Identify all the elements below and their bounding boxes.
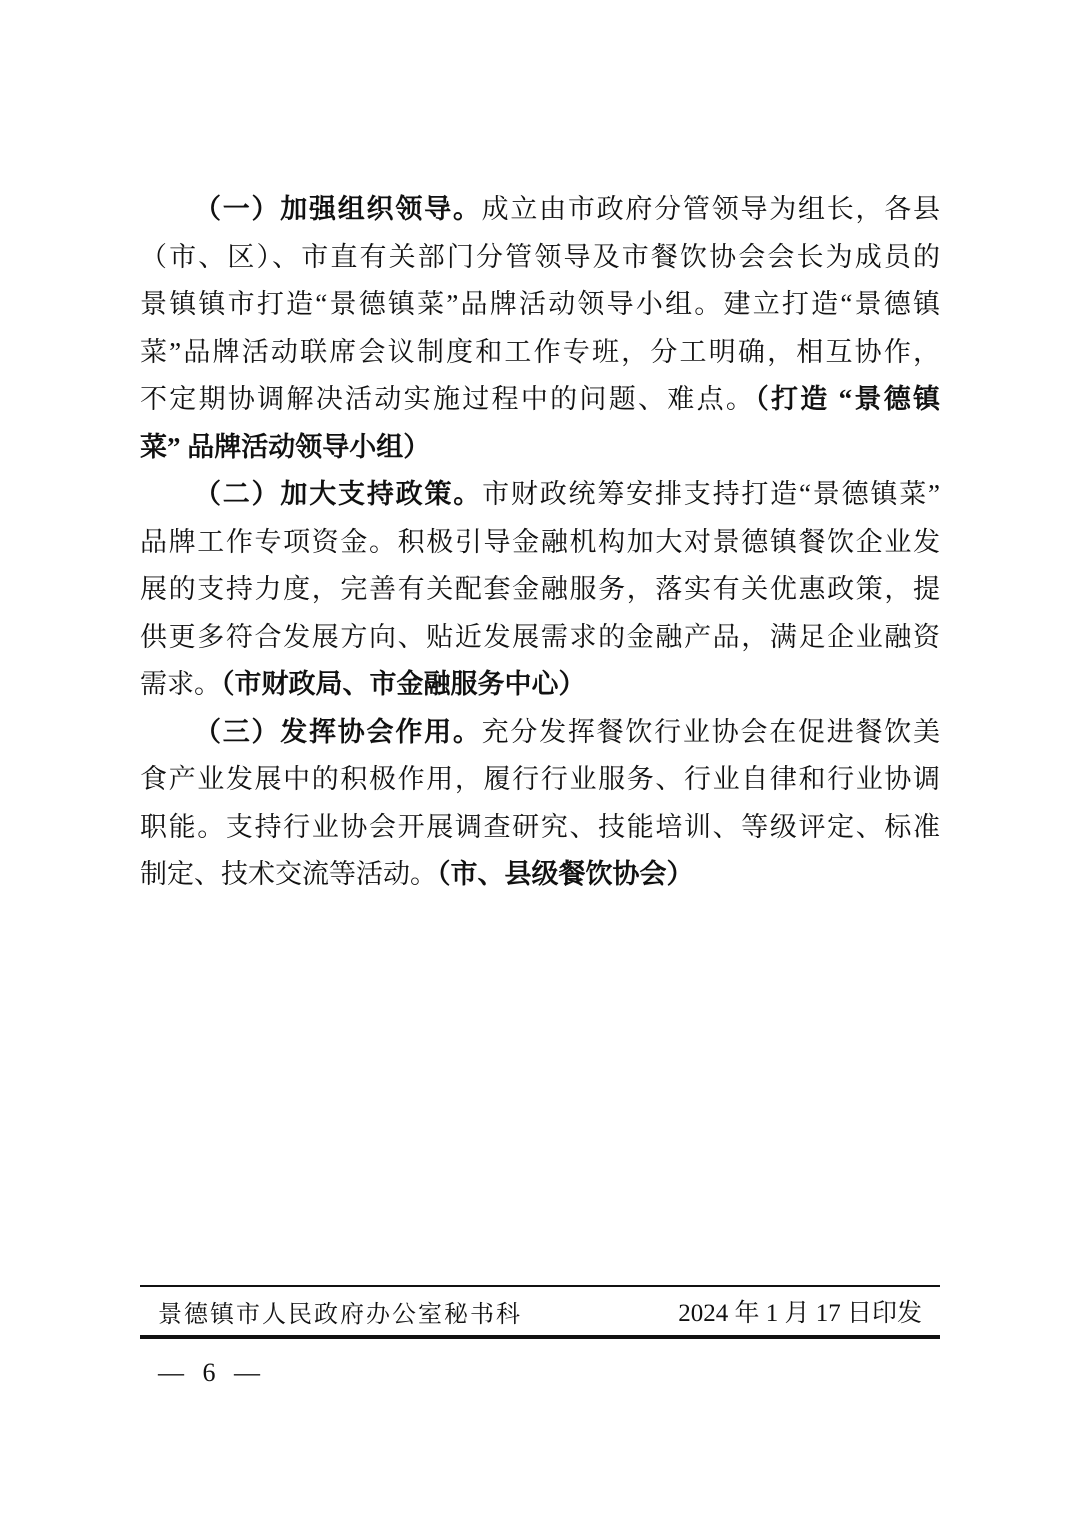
document-footer: 景德镇市人民政府办公室秘书科 2024 年 1 月 17 日印发	[140, 1285, 940, 1339]
body-text-segment: 充分发挥餐饮行业协会在促进餐饮美	[482, 717, 940, 747]
text-line: 食产业发展中的积极作用，履行行业服务、行业自律和行业协调	[140, 756, 940, 804]
footer-divider-bottom	[140, 1335, 940, 1339]
document-page: （一）加强组织领导。成立由市政府分管领导为组长，各县（市、区）、市直有关部门分管…	[0, 0, 1074, 1520]
body-text-segment: 需求。	[140, 669, 221, 699]
text-line: （一）加强组织领导。成立由市政府分管领导为组长，各县	[140, 186, 940, 234]
document-body: （一）加强组织领导。成立由市政府分管领导为组长，各县（市、区）、市直有关部门分管…	[140, 186, 940, 899]
text-line: 供更多符合发展方向、贴近发展需求的金融产品，满足企业融资	[140, 614, 940, 662]
emphasis-text: （一）加强组织领导。	[194, 194, 482, 224]
emphasis-text: （市、县级餐饮协会）	[437, 859, 694, 889]
paragraph: （三）发挥协会作用。充分发挥餐饮行业协会在促进餐饮美食产业发展中的积极作用，履行…	[140, 709, 940, 899]
emphasis-text: （二）加大支持政策。	[194, 479, 482, 509]
paragraph: （二）加大支持政策。市财政统筹安排支持打造“景德镇菜”品牌工作专项资金。积极引导…	[140, 471, 940, 709]
body-text-segment: 品牌工作专项资金。积极引导金融机构加大对景德镇餐饮企业发	[140, 527, 940, 557]
emphasis-text: （市财政局、市金融服务中心）	[221, 669, 586, 699]
text-line: （市、区）、市直有关部门分管领导及市餐饮协会会长为成员的	[140, 234, 940, 282]
emphasis-text: （三）发挥协会作用。	[194, 717, 482, 747]
paragraph: （一）加强组织领导。成立由市政府分管领导为组长，各县（市、区）、市直有关部门分管…	[140, 186, 940, 471]
body-text-segment: 供更多符合发展方向、贴近发展需求的金融产品，满足企业融资	[140, 622, 940, 652]
body-text-segment: 市财政统筹安排支持打造“景德镇菜”	[482, 479, 940, 509]
text-line: 菜”品牌活动联席会议制度和工作专班，分工明确，相互协作，	[140, 329, 940, 377]
text-line: 展的支持力度，完善有关配套金融服务，落实有关优惠政策，提	[140, 566, 940, 614]
body-text-segment: （市、区）、市直有关部门分管领导及市餐饮协会会长为成员的	[140, 242, 940, 272]
text-line: 菜” 品牌活动领导小组）	[140, 424, 940, 472]
text-line: 制定、技术交流等活动。（市、县级餐饮协会）	[140, 851, 940, 899]
body-text-segment: 成立由市政府分管领导为组长，各县	[482, 194, 940, 224]
text-line: 职能。支持行业协会开展调查研究、技能培训、等级评定、标准	[140, 804, 940, 852]
footer-issuer: 景德镇市人民政府办公室秘书科	[158, 1294, 522, 1329]
text-line: 不定期协调解决活动实施过程中的问题、难点。（打造 “景德镇	[140, 376, 940, 424]
text-line: （二）加大支持政策。市财政统筹安排支持打造“景德镇菜”	[140, 471, 940, 519]
emphasis-text: （打造 “景德镇	[755, 384, 940, 414]
emphasis-text: 菜” 品牌活动领导小组）	[140, 432, 430, 462]
page-number: — 6 —	[158, 1358, 266, 1388]
body-text-segment: 景镇镇市打造“景德镇菜”品牌活动领导小组。建立打造“景德镇	[140, 289, 940, 319]
footer-print-date: 2024 年 1 月 17 日印发	[678, 1293, 922, 1329]
body-text-segment: 食产业发展中的积极作用，履行行业服务、行业自律和行业协调	[140, 764, 940, 794]
text-line: 景镇镇市打造“景德镇菜”品牌活动领导小组。建立打造“景德镇	[140, 281, 940, 329]
text-line: 品牌工作专项资金。积极引导金融机构加大对景德镇餐饮企业发	[140, 519, 940, 567]
body-text-segment: 制定、技术交流等活动。	[140, 859, 437, 889]
text-line: 需求。（市财政局、市金融服务中心）	[140, 661, 940, 709]
text-line: （三）发挥协会作用。充分发挥餐饮行业协会在促进餐饮美	[140, 709, 940, 757]
body-text-segment: 职能。支持行业协会开展调查研究、技能培训、等级评定、标准	[140, 812, 940, 842]
body-text-segment: 不定期协调解决活动实施过程中的问题、难点。	[140, 384, 755, 414]
footer-row: 景德镇市人民政府办公室秘书科 2024 年 1 月 17 日印发	[140, 1287, 940, 1335]
body-text-segment: 展的支持力度，完善有关配套金融服务，落实有关优惠政策，提	[140, 574, 940, 604]
body-text-segment: 菜”品牌活动联席会议制度和工作专班，分工明确，相互协作，	[140, 337, 940, 367]
